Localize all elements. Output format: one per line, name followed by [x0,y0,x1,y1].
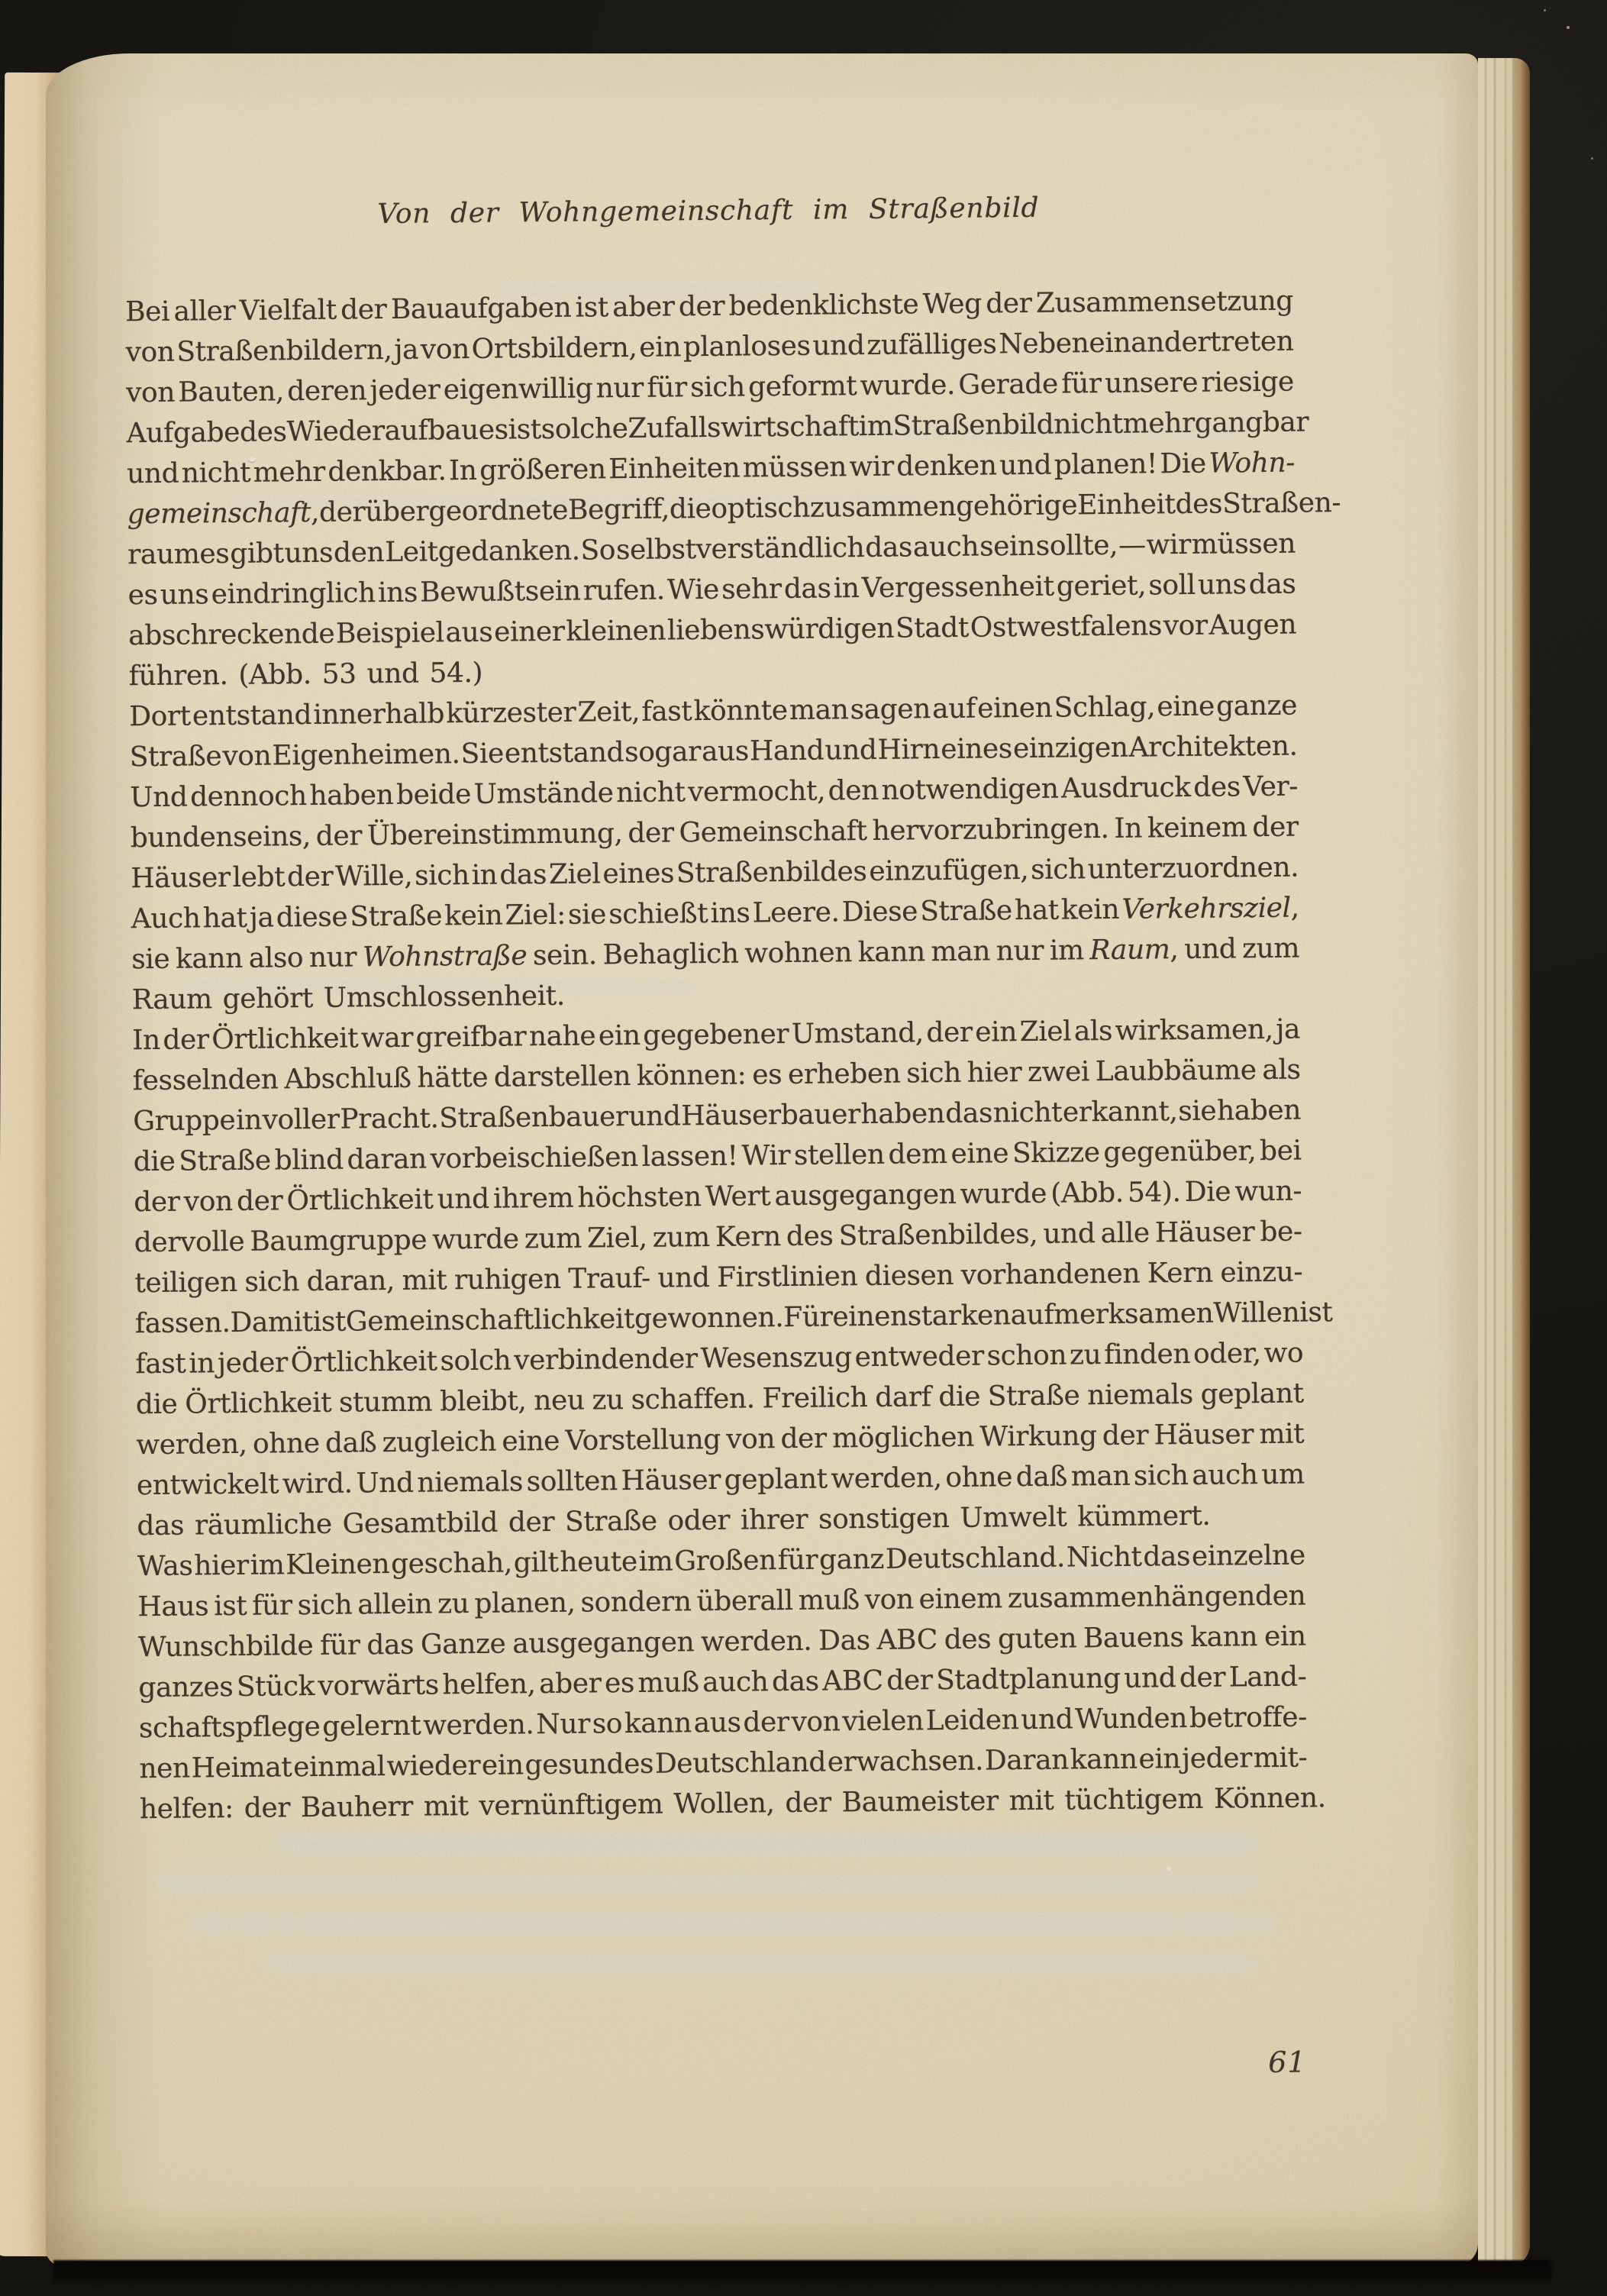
word: starken [907,1295,1010,1336]
word: nur [996,931,1044,972]
word: Örtlichkeit [211,1018,358,1060]
word: in [236,1100,262,1141]
word: bei [1260,1131,1302,1172]
word: eine [950,1133,1008,1174]
word: Kern [715,1216,781,1258]
word: jeder [218,1342,288,1384]
word: kann [176,938,243,980]
word: Ver- [1243,767,1298,808]
word: abschreckende [128,614,335,657]
word: hier [966,1052,1021,1093]
word: Beispiel [336,612,444,654]
paragraph: BeiallerVielfaltderBauaufgabenistaberder… [125,281,1297,697]
word: zugleich [382,1422,496,1463]
word: der [780,1419,827,1460]
word: greifbar [415,1016,526,1058]
word: entweder [854,1336,984,1378]
word: für [777,1540,818,1581]
word: blind [274,1140,344,1181]
word: Laubbäume [1096,1050,1257,1092]
word: Aufgabe [126,412,240,454]
word: unsere [1105,363,1199,404]
word: Umstände [473,773,613,815]
word: entstand [505,732,624,773]
word: denkbar. [328,450,447,492]
word: Einheit [1077,484,1176,525]
word: vermocht, [688,771,826,813]
word: Straßenbauer [439,1096,628,1138]
word: werden, [831,1458,942,1499]
word: war [361,1018,414,1059]
word: Großen [674,1540,776,1581]
word: auch [913,527,979,568]
word: das [366,1625,414,1666]
word: größeren [479,449,606,491]
word: Baumgruppe [250,1220,427,1262]
word: darstellen [494,1056,631,1098]
word: Haus [137,1586,208,1627]
word: verbindender [514,1339,698,1381]
word: Sie [460,734,504,775]
word: eine [1157,686,1215,728]
word: von [421,329,470,370]
word: man [931,931,990,972]
word: Abschluß [284,1058,411,1100]
word: beide [396,774,472,815]
word: Straßen- [1222,483,1341,524]
word: Hirn [877,729,940,770]
word: Und [130,777,188,819]
printed-content: Von der Wohngemeinschaft im Straßenbild … [0,0,1607,2296]
word: Örtlichkeit [286,1179,433,1221]
word: bundenseins, [130,816,311,858]
word: des [240,412,287,453]
word: planen! [1054,444,1157,485]
word: des [786,1216,834,1257]
word: ist [214,1586,247,1626]
word: bedenklichste [728,284,918,326]
word: der [926,1012,973,1054]
word: kein [444,896,503,937]
word: wird. [282,1464,353,1505]
word: eigenwillig [444,368,593,410]
word: ins [710,893,750,933]
word: einem [918,1578,1002,1619]
word: ein [639,327,681,368]
word: können: [637,1055,747,1096]
word: daß [1015,1457,1067,1498]
word: Nicht [1066,1537,1142,1578]
word: also [248,938,303,979]
word: Straßenbild [892,405,1054,447]
word: kann [858,932,925,973]
word: Einheiten [608,448,741,490]
word: uns [160,574,209,615]
word: Die [1185,1171,1231,1213]
word: Ausdruck [1061,767,1191,809]
word: (Abb. [1050,1173,1124,1214]
word: ein [482,1745,524,1786]
word: fast [641,691,692,732]
word: sondern [580,1581,692,1623]
word: liebenswürdigen [667,609,895,651]
word: aber [612,286,675,328]
word: Trauf- [568,1258,650,1300]
word: die [670,489,712,530]
word: geriet, [1057,565,1147,606]
word: von [126,373,175,414]
word: sein. [533,935,597,976]
word: vielen [842,1700,924,1742]
word: optisch [711,488,810,529]
word: Wert [705,1176,771,1217]
word: sehr [721,569,782,610]
word: Straße [129,736,221,777]
word: fast [135,1344,186,1385]
word: ganzes [138,1667,233,1708]
word: daran [347,1139,427,1180]
chapter-heading: Von der Wohngemeinschaft im Straßenbild [124,186,1292,237]
word: oder, [1193,1333,1261,1374]
word: teiligen [134,1262,237,1303]
word: Stadtplanung [936,1658,1121,1700]
word: Pracht. [340,1098,439,1139]
word: einmal [293,1746,386,1787]
word: Leitgedanken. [385,531,580,573]
word: Straßenbildes [676,851,867,893]
word: keinem [1147,807,1247,848]
word: ruhigen [454,1259,561,1300]
word: ohne [945,1457,1012,1498]
word: lassen! [641,1136,737,1177]
word: vorhandenen [961,1254,1141,1296]
word: für [1061,363,1102,405]
word: geplant [1200,1374,1304,1415]
word: Wille, [335,856,413,897]
word: das [1249,564,1296,605]
word: Diese [841,891,918,932]
word: notwendigen [881,769,1058,811]
word: von [864,1579,913,1620]
word: das [772,1661,819,1703]
word: Wohnstraße [363,935,528,977]
word: Bauens [1083,1617,1184,1658]
word: es [605,1663,634,1703]
word: Kleinen [286,1544,389,1585]
word: Ortsbildern, [471,328,637,370]
word: Schlag, [1054,686,1155,728]
word: Hand [750,731,824,772]
word: Ziel: [505,895,566,936]
word: haben [309,775,394,816]
word: Land- [1228,1657,1306,1698]
word: Wie [667,570,719,611]
word: der [1102,1416,1149,1457]
word: für [252,1585,292,1626]
word: Nur [536,1704,590,1745]
word: sollte, [1036,525,1118,567]
word: mit [1259,1414,1304,1455]
word: Architekten. [1128,726,1297,768]
word: Willen [1213,1293,1299,1334]
word: zum [1242,928,1300,970]
word: von [726,1419,775,1460]
word: und [628,1096,681,1137]
word: bleibt, [440,1381,527,1422]
word: muß [798,1580,860,1621]
word: ABC [822,1661,883,1702]
word: ohne [253,1423,320,1464]
word: dervolle [134,1222,245,1263]
word: allein [357,1584,432,1626]
word: ein [975,1012,1017,1053]
word: in [833,568,859,609]
word: sollten [526,1461,618,1502]
word: der [237,1180,283,1222]
word: alle [1100,1213,1150,1254]
word: 54). [1128,1172,1181,1213]
word: erwachsen. [828,1741,984,1783]
word: die [938,1377,980,1418]
word: nur [595,368,644,409]
word: kann [624,1703,692,1744]
word: sich [297,1585,352,1626]
word: hat [203,898,247,939]
word: Stück [237,1666,315,1707]
word: einzufügen, [869,850,1028,892]
word: man [1070,1456,1130,1497]
word: nicht [616,772,686,813]
word: fassen. [135,1303,231,1344]
word: das [865,527,912,568]
word: daß [325,1422,377,1464]
word: Deutschland [655,1742,827,1784]
word: gewonnen. [634,1297,784,1339]
word: Daran [985,1740,1070,1781]
word: Wir [741,1135,790,1177]
word: Straße [350,896,442,937]
word: Augen [1208,605,1296,646]
word: als [1074,1011,1113,1051]
word: uns [1198,564,1247,605]
word: Straße [988,1375,1080,1416]
word: gibt [230,533,284,574]
word: wo [1263,1333,1303,1374]
word: Häuser [1155,1212,1255,1253]
word: des [1193,767,1241,808]
word: schießt [608,893,708,935]
word: nicht [1054,404,1123,445]
word: zu [592,1380,624,1420]
word: einen [977,688,1053,729]
word: Wesenszug [700,1337,852,1379]
word: und [999,445,1052,486]
word: sein [979,526,1035,567]
word: der [319,492,366,533]
word: zum [653,1217,711,1258]
word: neu [534,1381,585,1422]
word: Ostwestfalens [970,605,1163,647]
word: solch [440,1341,511,1382]
word: Begriff, [568,489,670,530]
word: sie [131,939,170,980]
word: man [789,689,849,731]
word: die [134,1142,176,1183]
word: erkannt, [1063,1091,1178,1132]
word: Damit [230,1302,313,1343]
word: soll [1148,565,1196,606]
word: Gemeinschaftlichkeit [346,1299,635,1342]
word: Stadt [895,608,969,649]
word: auch [702,1661,769,1703]
word: einzu- [1220,1252,1302,1293]
word: kürzester [446,693,576,735]
word: werden. [701,1621,812,1662]
word: Häuser [621,1460,721,1501]
word: aller [173,291,235,332]
word: guten [998,1618,1077,1659]
word: gelernt [322,1706,421,1747]
word: ist [508,409,541,450]
word: wurde [432,1219,519,1260]
word: und [127,454,179,495]
word: innerhalb [313,693,444,735]
word: Straßenbildern, [176,330,392,373]
word: des [944,1619,991,1660]
word: hätte [417,1058,488,1099]
word: zusammengehörige [810,485,1078,528]
word: für [647,367,687,409]
word: mehr [253,452,325,493]
word: von [791,1701,840,1742]
word: nahe [529,1016,596,1057]
word: eines [602,853,674,894]
word: mit- [1253,1738,1307,1779]
word: sich [1134,1455,1189,1497]
word: müssen [1192,524,1296,565]
word: eindringlich [211,573,376,615]
word: der [134,1182,180,1223]
word: niemals [1087,1374,1193,1416]
word: vorwärts [318,1665,439,1707]
word: Straße [179,1141,271,1182]
word: stumm [339,1382,433,1423]
word: einen [832,1297,908,1338]
word: Kern [1147,1253,1213,1294]
word: geplant [724,1459,828,1500]
paragraph: InderÖrtlichkeitwargreifbarnaheeingegebe… [132,1009,1305,1547]
word: geschah, [391,1543,512,1585]
word: Ziel [1019,1011,1071,1052]
word: Auch [131,898,200,939]
word: hat [1015,890,1059,932]
word: könnte [693,690,788,731]
word: daran, [306,1261,395,1302]
word: Straßenbildes, [838,1214,1037,1256]
word: aus [445,612,492,654]
word: im [859,406,893,447]
word: kann [1070,1739,1137,1781]
word: der [340,289,387,331]
word: möglichen [832,1417,974,1459]
word: ist [575,287,608,328]
word: ist [313,1302,347,1342]
word: Häuser [131,857,231,899]
word: der [287,857,334,898]
word: Ziel [549,854,601,895]
word: Wohn- [1208,443,1295,484]
word: die [136,1384,178,1426]
word: Übereinstimmung, [367,813,623,856]
word: Wiederaufbaues [286,409,508,452]
word: wirksamen, [1115,1009,1273,1051]
word: solche [541,409,628,450]
word: der [886,1660,933,1701]
word: betroffe- [1189,1697,1307,1739]
word: von [125,332,174,373]
word: Verkehrsziel, [1121,888,1299,930]
word: Gemeinschaft [679,811,867,853]
word: Leere. [752,892,839,933]
word: den [828,770,879,812]
word: und [824,730,877,771]
word: So [580,530,615,570]
word: helfen, [442,1664,536,1705]
word: in [189,1343,215,1384]
word: Wirkung [979,1416,1097,1457]
word: ins [378,573,418,613]
word: zwei [1028,1051,1089,1093]
word: aus [702,731,749,772]
word: und [1184,928,1237,970]
word: Skizze [1012,1132,1100,1174]
word: Wunden [1075,1698,1187,1739]
word: Heimat [191,1747,292,1788]
word: haben [860,1093,945,1135]
word: um [1261,1455,1305,1496]
word: dem [888,1134,947,1175]
word: Für [783,1297,833,1338]
word: sie [1178,1091,1217,1132]
word: müssen [743,447,847,488]
word: jeder [369,370,440,411]
word: gegenüber, [1103,1131,1256,1173]
word: wurde [960,1174,1047,1215]
word: der [1252,807,1299,848]
word: sie [568,894,607,935]
word: zufälliges [866,324,997,366]
word: ja [394,330,418,370]
word: wohnen [744,932,852,974]
word: stellen [794,1135,885,1176]
word: sagen [850,689,931,730]
word: im [250,1545,284,1585]
word: schaffen. [631,1378,754,1420]
word: Zeit, [577,692,640,733]
word: der [743,1702,789,1743]
word: lebt [232,857,285,898]
word: erheben [788,1054,901,1095]
word: im [638,1541,673,1581]
word: Gruppe [133,1100,235,1142]
word: diese [276,897,348,938]
word: der [679,286,725,328]
word: denken [896,445,997,486]
word: Vergessenheit [862,567,1054,609]
word: muß [637,1662,699,1703]
word: Ziel, [587,1218,647,1259]
word: auch [1192,1455,1258,1496]
